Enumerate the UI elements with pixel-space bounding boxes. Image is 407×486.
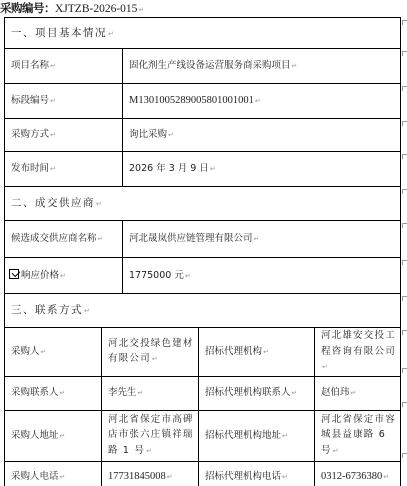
- table-row-project-name: 项目名称↵ 固化剂生产线设备运营服务商采购项目↵: [5, 49, 401, 84]
- paragraph-mark-icon: ↵: [60, 473, 66, 481]
- paragraph-mark-icon: ↵: [41, 348, 47, 356]
- agency-label: 招标代理机构↵: [199, 328, 315, 377]
- procurement-method-label: 采购方式↵: [5, 119, 123, 152]
- paragraph-mark-icon: ↵: [292, 62, 298, 70]
- purchaser-value: 河北交投绿色建材有限公司↵: [102, 328, 199, 377]
- purchaser-address-value: 河北省保定市高碑店市张六庄镇祥瑞路 1 号↵: [102, 410, 199, 461]
- paragraph-mark-icon: ↵: [167, 473, 173, 481]
- paragraph-mark-icon: ↵: [152, 355, 159, 363]
- paragraph-mark-icon: ↵: [263, 348, 269, 356]
- agency-phone-label: 招标代理机构电话↵: [199, 461, 315, 486]
- row-end-mark-icon: [402, 86, 407, 91]
- purchaser-contact-value: 李先生↵: [102, 376, 199, 410]
- table-row-procurement-method: 采购方式↵ 询比采购↵: [5, 119, 401, 152]
- table-row-publish-date: 发布时间↵ 2026 年 3 月 9 日↵: [5, 152, 401, 187]
- paragraph-mark-icon: ↵: [50, 131, 56, 139]
- table-row-purchaser: 采购人↵ 河北交投绿色建材有限公司↵ 招标代理机构↵ 河北雄安交投工程咨询有限公…: [5, 328, 401, 377]
- paragraph-mark-icon: ↵: [108, 30, 115, 38]
- paragraph-mark-icon: ↵: [146, 447, 153, 455]
- checked-checkbox-icon: [9, 269, 19, 279]
- paragraph-mark-icon: ↵: [254, 235, 260, 243]
- paragraph-mark-icon: ↵: [96, 200, 103, 208]
- response-price-label: 响应价格↵: [5, 258, 123, 294]
- table-row-supplier-name: 候选成交供应商名称↵ 河北晟岚供应链管理有限公司↵: [5, 221, 401, 258]
- table-row-address: 采购人地址↵ 河北省保定市高碑店市张六庄镇祥瑞路 1 号↵ 招标代理机构地址↵ …: [5, 410, 401, 461]
- section-title-basic: 一、项目基本情况↵: [5, 18, 401, 49]
- row-end-mark-icon: [402, 223, 407, 228]
- agency-contact-value: 赵伯玮↵: [315, 376, 401, 410]
- table-row-contact-person: 采购联系人↵ 李先生↵ 招标代理机构联系人↵ 赵伯玮↵: [5, 376, 401, 410]
- paragraph-mark-icon: ↵: [383, 473, 389, 481]
- paragraph-mark-icon: ↵: [84, 307, 91, 315]
- publish-date-value: 2026 年 3 月 9 日↵: [123, 152, 401, 187]
- section-header-supplier: 二、成交供应商↵: [5, 187, 401, 221]
- row-end-mark-icon: [402, 260, 407, 265]
- paragraph-mark-icon: ↵: [138, 389, 144, 397]
- table-row-phone: 采购人电话↵ 17731845008↵ 招标代理机构电话↵ 0312-67363…: [5, 461, 401, 486]
- row-end-mark-icon: [402, 154, 407, 159]
- paragraph-mark-icon: ↵: [185, 272, 191, 280]
- paragraph-mark-icon: ↵: [255, 97, 261, 105]
- paragraph-mark-icon: ↵: [351, 389, 357, 397]
- paragraph-mark-icon: ↵: [138, 6, 144, 14]
- project-name-label: 项目名称↵: [5, 49, 123, 84]
- supplier-name-label: 候选成交供应商名称↵: [5, 221, 123, 258]
- paragraph-mark-icon: ↵: [333, 447, 340, 455]
- paragraph-mark-icon: ↵: [50, 165, 56, 173]
- paragraph-mark-icon: ↵: [322, 363, 329, 371]
- procurement-number-value: XJTZB-2026-015: [55, 3, 137, 15]
- agency-contact-label: 招标代理机构联系人↵: [199, 376, 315, 410]
- agency-value: 河北雄安交投工程咨询有限公司↵: [315, 328, 401, 377]
- purchaser-contact-label: 采购联系人↵: [5, 376, 102, 410]
- paragraph-mark-icon: ↵: [210, 165, 216, 173]
- paragraph-mark-icon: ↵: [98, 235, 104, 243]
- row-end-mark-icon: [402, 402, 407, 407]
- paragraph-mark-icon: ↵: [292, 389, 298, 397]
- table-row-response-price: 响应价格↵ 1775000 元↵: [5, 258, 401, 294]
- lot-number-label: 标段编号↵: [5, 84, 123, 119]
- section-header-contact: 三、联系方式↵: [5, 294, 401, 328]
- row-end-mark-icon: [402, 121, 407, 126]
- purchaser-label: 采购人↵: [5, 328, 102, 377]
- row-end-mark-icon: [402, 51, 407, 56]
- table-row-lot-number: 标段编号↵ M1301005289005801001001↵: [5, 84, 401, 119]
- row-end-mark-icon: [402, 368, 407, 373]
- agency-address-value: 河北省保定市容城县益康路 6 号↵: [315, 410, 401, 461]
- row-end-mark-icon: [402, 453, 407, 458]
- purchaser-phone-label: 采购人电话↵: [5, 461, 102, 486]
- procurement-number: 采购编号：XJTZB-2026-015↵: [0, 0, 144, 16]
- supplier-name-value: 河北晟岚供应链管理有限公司↵: [123, 221, 401, 258]
- lot-number-value: M1301005289005801001001↵: [123, 84, 401, 119]
- procurement-number-label: 采购编号：: [0, 1, 55, 15]
- paragraph-mark-icon: ↵: [282, 473, 288, 481]
- paragraph-mark-icon: ↵: [60, 389, 66, 397]
- paragraph-mark-icon: ↵: [60, 432, 66, 440]
- announcement-table: 一、项目基本情况↵ 项目名称↵ 固化剂生产线设备运营服务商采购项目↵ 标段编号↵…: [4, 17, 401, 486]
- publish-date-label: 发布时间↵: [5, 152, 123, 187]
- row-end-mark-icon: [402, 330, 407, 335]
- procurement-method-value: 询比采购↵: [123, 119, 401, 152]
- paragraph-mark-icon: ↵: [50, 97, 56, 105]
- paragraph-mark-icon: ↵: [168, 131, 174, 139]
- section-header-basic: 一、项目基本情况↵: [5, 18, 401, 49]
- row-end-mark-icon: [402, 296, 407, 301]
- row-end-mark-icon: [402, 189, 407, 194]
- row-end-mark-icon: [402, 20, 407, 25]
- paragraph-mark-icon: ↵: [282, 432, 288, 440]
- section-title-supplier: 二、成交供应商↵: [5, 187, 401, 221]
- response-price-value: 1775000 元↵: [123, 258, 401, 294]
- project-name-value: 固化剂生产线设备运营服务商采购项目↵: [123, 49, 401, 84]
- agency-phone-value: 0312-6736380↵: [315, 461, 401, 486]
- section-title-contact: 三、联系方式↵: [5, 294, 401, 328]
- paragraph-mark-icon: ↵: [60, 272, 66, 280]
- paragraph-mark-icon: ↵: [50, 62, 56, 70]
- agency-address-label: 招标代理机构地址↵: [199, 410, 315, 461]
- purchaser-phone-value: 17731845008↵: [102, 461, 199, 486]
- purchaser-address-label: 采购人地址↵: [5, 410, 102, 461]
